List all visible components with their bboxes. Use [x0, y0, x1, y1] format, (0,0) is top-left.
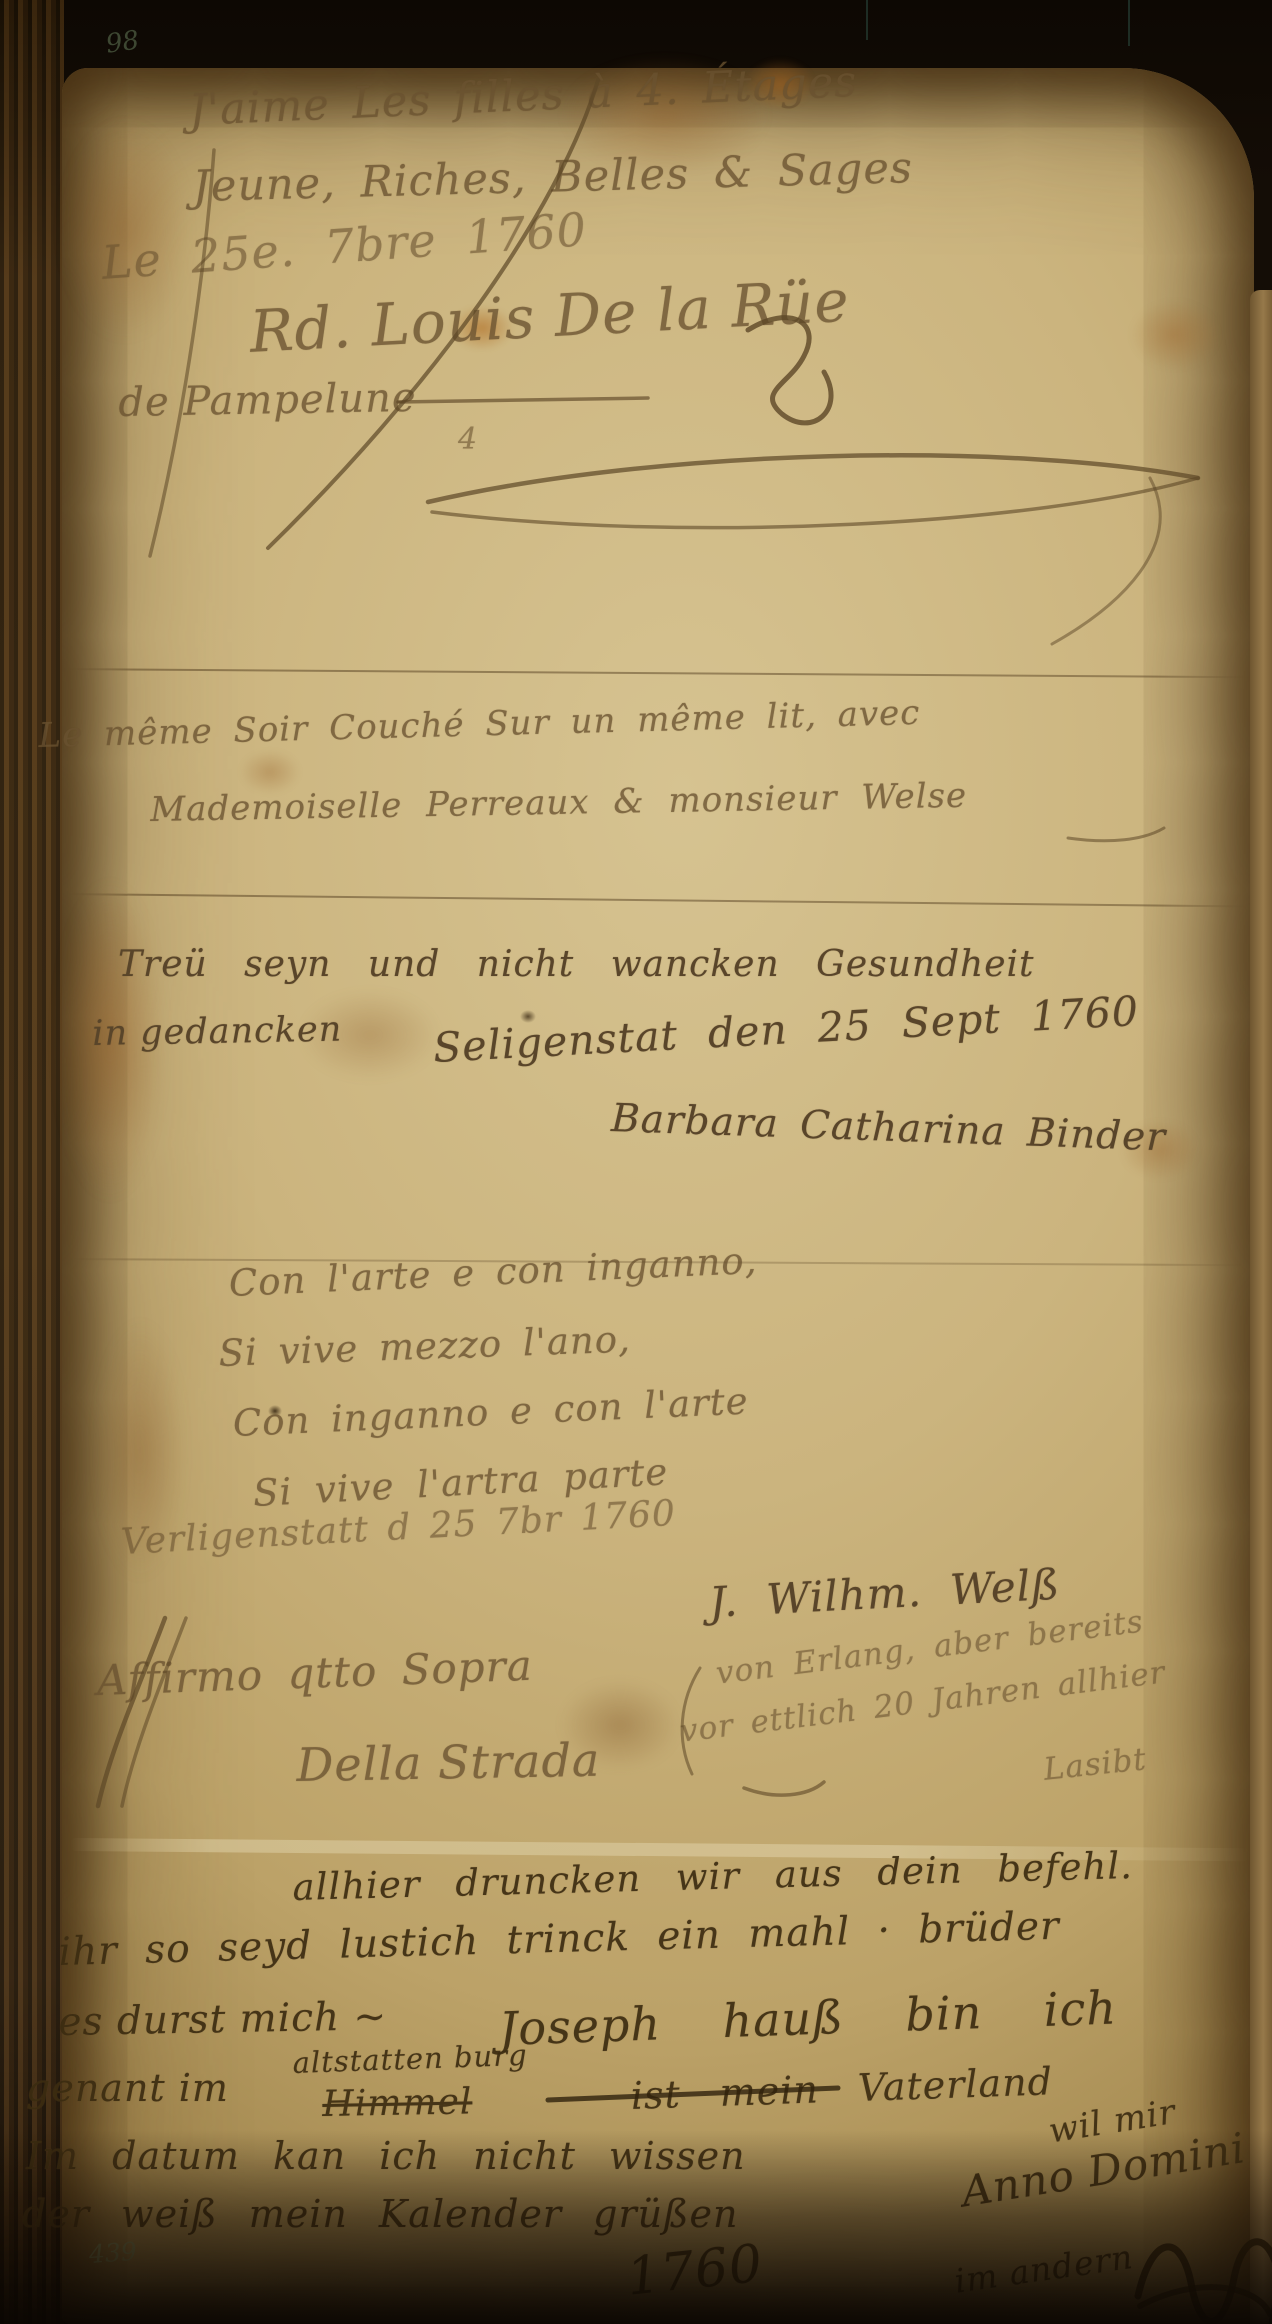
divider-mark: 4	[458, 422, 478, 457]
background-slit	[866, 0, 868, 40]
handwritten-line-genant: genant im	[26, 2066, 229, 2110]
handwritten-line-german-1: Treü seyn und nicht wancken Gesundheit	[118, 944, 1035, 985]
page-number-top: 98	[104, 25, 141, 59]
handwritten-line-dellastrada: Della Strada	[296, 1733, 601, 1792]
page-block-edge	[1250, 290, 1272, 2324]
handwritten-line-bottom-3: es durst mich ~	[58, 1994, 388, 2045]
page-number-bottom: 439	[88, 2237, 138, 2269]
background-slit	[1128, 0, 1130, 46]
handwritten-line-kalender: der weiß mein Kalender grüßen	[22, 2192, 738, 2236]
book-spine	[0, 0, 64, 2324]
handwritten-line-german-2: in gedancken	[92, 1010, 343, 1054]
handwritten-line-pampelune: de Pampelune	[118, 375, 417, 426]
handwritten-word-struck: Himmel	[322, 2081, 473, 2125]
manuscript-photo: 98 439 J'aime Les filles à 4. Étages Jeu…	[0, 0, 1272, 2324]
handwritten-line-datum: Im datum kan ich nicht wissen	[26, 2134, 746, 2178]
